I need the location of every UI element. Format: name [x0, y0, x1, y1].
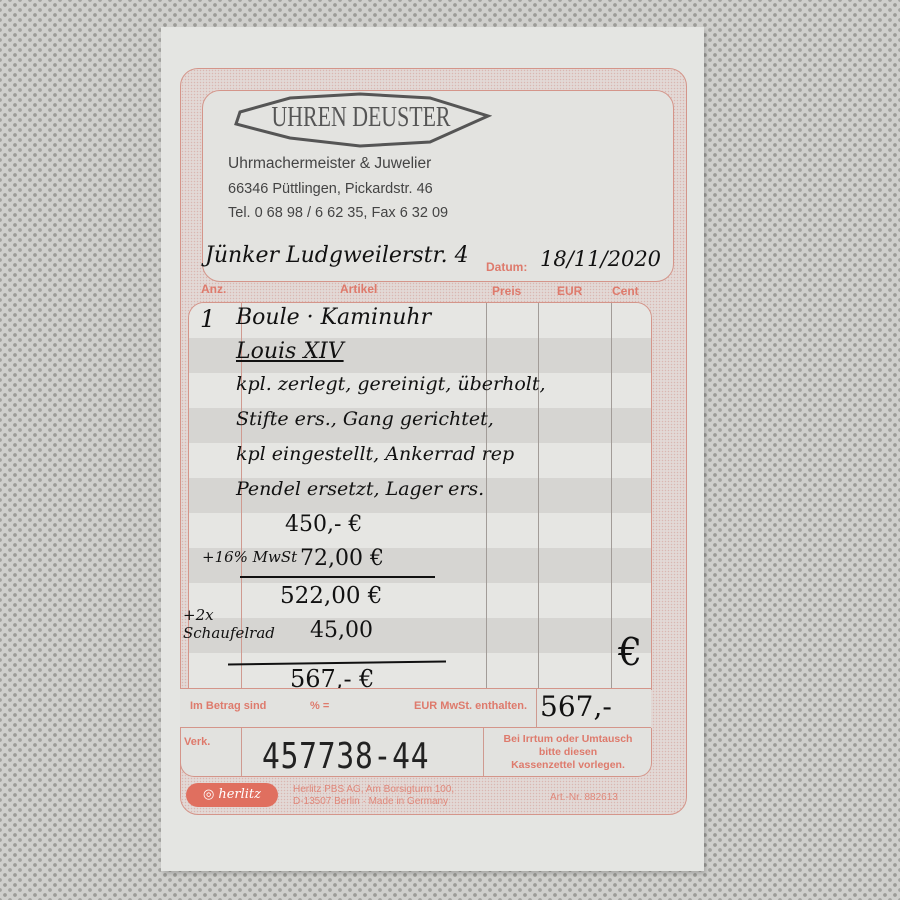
shop-address: 66346 Püttlingen, Pickardstr. 46 — [228, 181, 433, 197]
column-divider — [486, 303, 487, 689]
item-line: Boule · Kaminuhr — [236, 305, 431, 330]
receipt-number: 457738-44 — [262, 736, 429, 777]
item-line: Pendel ersetzt, Lager ers. — [236, 478, 484, 500]
herlitz-brand: herlitz — [218, 787, 261, 802]
maker-info: Herlitz PBS AG, Am Borsigturm 100, D-135… — [293, 784, 454, 808]
notice-line: Bei Irrtum oder Umtausch — [487, 733, 649, 746]
customer-name: Jünker Ludgweilerstr. 4 — [205, 243, 469, 268]
item-line: kpl eingestellt, Ankerrad rep — [236, 443, 514, 465]
exchange-notice: Bei Irrtum oder Umtausch bitte diesen Ka… — [487, 733, 649, 772]
subtotal: 450,- € — [285, 512, 362, 537]
euro-sign-icon: € — [618, 630, 642, 674]
verk-divider — [483, 728, 484, 776]
vat-line-left: Im Betrag sind — [190, 700, 266, 712]
extra-amount: 45,00 — [310, 618, 373, 643]
table-row — [189, 513, 651, 549]
herlitz-swirl-icon: ◎ — [203, 787, 214, 802]
col-header-eur: EUR — [557, 284, 582, 298]
col-header-item: Artikel — [340, 282, 377, 296]
shop-logo: UHREN DEUSTER — [230, 86, 492, 150]
notice-line: bitte diesen — [487, 746, 649, 759]
table-row — [189, 653, 651, 689]
col-header-qty: Anz. — [201, 282, 226, 296]
notice-line: Kassenzettel vorlegen. — [487, 759, 649, 772]
maker-line: Herlitz PBS AG, Am Borsigturm 100, — [293, 784, 454, 796]
column-divider — [538, 303, 539, 689]
column-divider — [611, 303, 612, 689]
item-line: Louis XIV — [236, 339, 344, 364]
maker-line: D-13507 Berlin · Made in Germany — [293, 796, 454, 808]
vat-line-middle: % = — [310, 700, 329, 712]
shop-subtitle: Uhrmachermeister & Juwelier — [228, 155, 431, 173]
extra-label: +2x Schaufelrad — [183, 606, 273, 642]
vat-line-amount: 567,- — [540, 690, 612, 723]
verk-divider — [241, 728, 242, 776]
shop-phone-fax: Tel. 0 68 98 / 6 62 35, Fax 6 32 09 — [228, 205, 448, 221]
sum-underline — [240, 576, 435, 578]
col-header-price: Preis — [492, 284, 521, 298]
herlitz-logo: ◎herlitz — [186, 783, 278, 807]
col-header-cent: Cent — [612, 284, 639, 298]
logo-text: UHREN DEUSTER — [259, 102, 463, 134]
vat-amount: 72,00 € — [300, 546, 384, 571]
date-label: Datum: — [486, 260, 527, 274]
item-line: Stifte ers., Gang gerichtet, — [236, 408, 494, 430]
vat-label: +16% MwSt — [202, 548, 297, 566]
vat-line-right: EUR MwSt. enthalten. — [414, 700, 527, 712]
article-number: Art.-Nr. 882613 — [550, 792, 618, 804]
date-value: 18/11/2020 — [540, 247, 661, 271]
verk-label: Verk. — [184, 736, 210, 748]
total-with-vat: 522,00 € — [280, 583, 382, 609]
item-qty: 1 — [200, 305, 215, 333]
vat-divider — [536, 688, 537, 728]
item-line: kpl. zerlegt, gereinigt, überholt, — [236, 373, 546, 395]
